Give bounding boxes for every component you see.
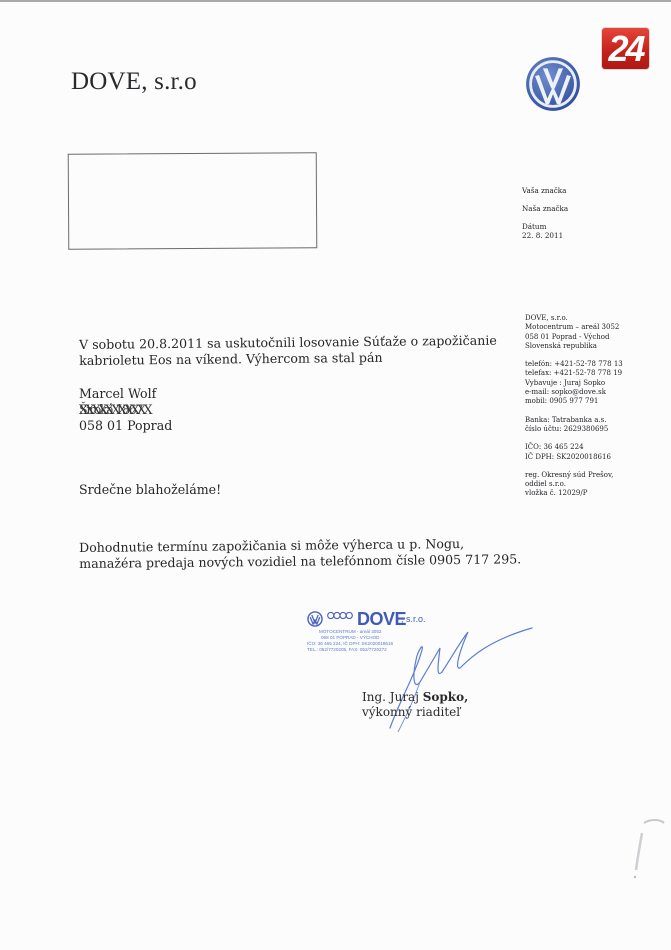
announcement-line: kabrioletu Eos na víkend. Výhercom sa st… <box>79 349 497 369</box>
contact-line: manažéra predaja nových vozidiel na tele… <box>79 551 521 572</box>
sidebar-bank: Banka: Tatrabanka a.s. <box>525 416 623 425</box>
date-label: Dátum <box>522 222 546 231</box>
sidebar-registration: reg. Okresný súd Prešov, <box>525 471 623 480</box>
date-value: 22. 8. 2011 <box>522 231 563 240</box>
your-reference-label: Vaša značka <box>522 186 566 195</box>
sidebar-address-line: 058 01 Poprad - Východ <box>525 333 623 342</box>
signatory-name: Ing. Juraj Sopko, <box>362 690 468 705</box>
winner-name: Marcel Wolf <box>79 386 172 402</box>
recipient-address-window <box>68 152 318 250</box>
vw-stamp-icon <box>307 611 323 627</box>
sidebar-account: číslo účtu: 2629380695 <box>525 425 623 434</box>
scan-smudge <box>620 815 670 885</box>
signatory: Ing. Juraj Sopko, výkonný riaditeľ <box>362 690 468 720</box>
announcement-paragraph: V sobotu 20.8.2011 sa uskutočnili losova… <box>79 333 497 369</box>
winner-street-redacted: Široká 1867 XXXXXXXXXXX <box>79 402 142 418</box>
company-details-sidebar: DOVE, s.r.o. Motocentrum – areál 3052 05… <box>525 314 623 499</box>
sidebar-handler: Vybavuje : Juraj Sopko <box>525 379 623 388</box>
sidebar-phone: telefón: +421-52-78 778 13 <box>525 360 623 369</box>
winner-address: Marcel Wolf Široká 1867 XXXXXXXXXXX 058 … <box>79 386 172 434</box>
our-reference-label: Naša značka <box>522 204 568 213</box>
winner-city: 058 01 Poprad <box>79 418 172 434</box>
congratulations: Srdečne blahoželáme! <box>79 482 221 498</box>
sidebar-registration: vložka č. 12029/P <box>525 489 623 498</box>
contact-paragraph: Dohodnutie termínu zapožičania si môže v… <box>79 535 521 572</box>
sidebar-registration: oddiel s.r.o. <box>525 480 623 489</box>
sidebar-email: e-mail: sopko@dove.sk <box>525 388 623 397</box>
signatory-title: výkonný riaditeľ <box>362 705 468 720</box>
sidebar-address-line: DOVE, s.r.o. <box>525 314 623 323</box>
sidebar-ico: IČO: 36 465 224 <box>525 443 623 452</box>
sidebar-address-line: Motocentrum – areál 3052 <box>525 323 623 332</box>
sidebar-address-line: Slovenská republika <box>525 342 623 351</box>
sidebar-mobile: mobil: 0905 977 791 <box>525 397 623 406</box>
sidebar-vat: IČ DPH: SK2020018616 <box>525 453 623 462</box>
volkswagen-logo-icon <box>525 56 581 112</box>
company-name: DOVE, s.r.o <box>71 68 197 96</box>
audi-rings-icon <box>326 611 354 620</box>
corner-badge-24: 24 <box>602 28 649 69</box>
sidebar-fax: telefax: +421-52-78 778 19 <box>525 369 623 378</box>
scan-top-edge <box>0 0 671 2</box>
